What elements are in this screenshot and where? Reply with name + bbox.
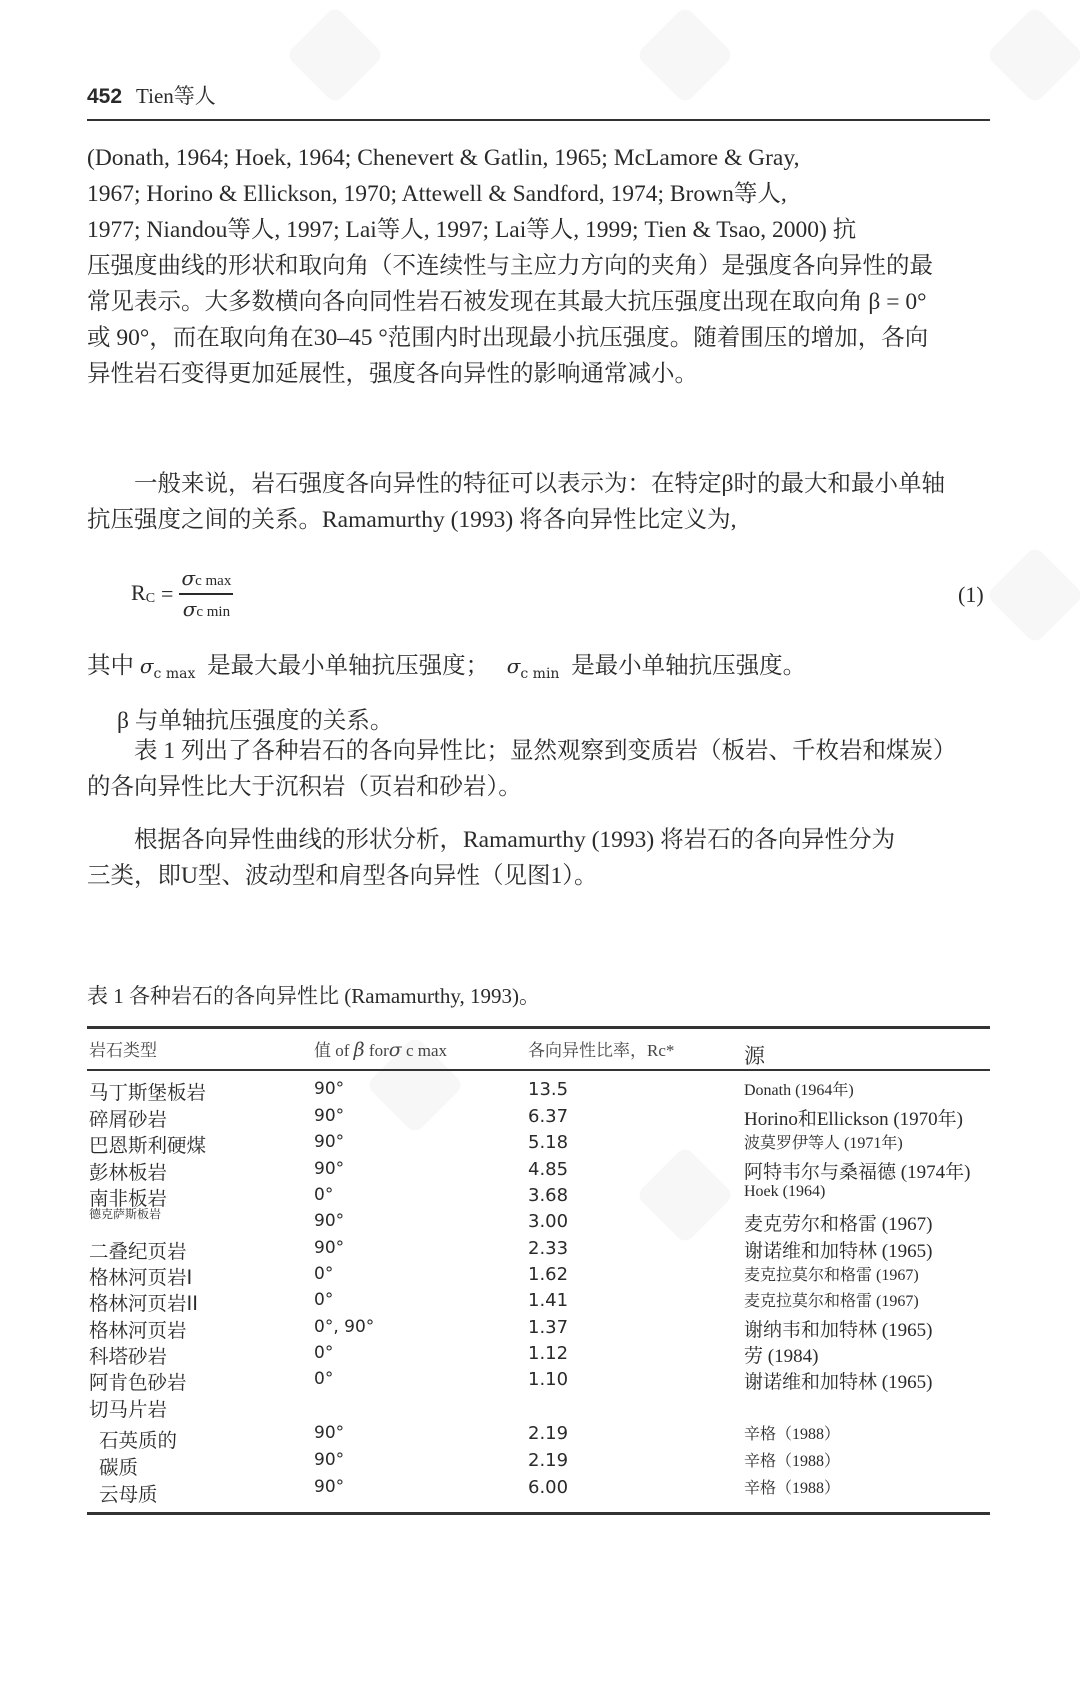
cell-ratio: 1.10 [528, 1369, 568, 1390]
sigma-symbol: σ [183, 597, 197, 621]
cell-rock-type: 阿肯色砂岩 [89, 1367, 187, 1395]
fraction-bar [179, 593, 233, 595]
column-header-ratio: 各向异性比率，Rc* [528, 1036, 674, 1061]
cell-beta: 90° [314, 1106, 344, 1126]
cell-ratio: 1.12 [528, 1343, 568, 1364]
cell-source: 劳 (1984) [744, 1341, 818, 1368]
numerator-subscript: c max [195, 573, 231, 589]
cell-ratio: 5.18 [528, 1132, 568, 1153]
cell-rock-type: 彭林板岩 [89, 1157, 167, 1185]
equation-lhs-subscript: C [146, 591, 155, 606]
cell-beta: 90° [314, 1159, 344, 1179]
cell-source: 麦克拉莫尔和格雷 (1967) [744, 1288, 919, 1311]
cell-source: Donath (1964年) [744, 1077, 854, 1100]
watermark-logo [636, 6, 735, 105]
cell-ratio: 2.19 [528, 1423, 568, 1444]
table-header-rule [87, 1069, 990, 1071]
text-line: 1967; Horino & Ellickson, 1970; Attewell… [87, 176, 992, 212]
watermark-logo [286, 6, 385, 105]
cell-ratio: 3.68 [528, 1185, 568, 1206]
text-line: 根据各向异性曲线的形状分析，Ramamurthy (1993) 将岩石的各向异性… [87, 822, 992, 858]
cell-rock-type: 二叠纪页岩 [89, 1236, 187, 1264]
cell-ratio: 1.41 [528, 1290, 568, 1311]
text-line: 表 1 列出了各种岩石的各向异性比；显然观察到变质岩（板岩、千枚岩和煤炭） [87, 733, 992, 769]
equation-lhs: RC [131, 580, 155, 607]
cell-rock-type: 石英质的 [99, 1425, 177, 1453]
text-line: 1977; Niandou等人, 1997; Lai等人, 1997; Lai等… [87, 212, 992, 248]
cell-beta: 90° [314, 1423, 344, 1443]
cell-ratio: 4.85 [528, 1159, 568, 1180]
cell-source: 波莫罗伊等人 (1971年) [744, 1130, 903, 1153]
cell-rock-type: 切马片岩 [89, 1394, 167, 1422]
text-line: (Donath, 1964; Hoek, 1964; Chenevert & G… [87, 140, 992, 176]
cell-beta: 0° [314, 1290, 333, 1310]
cell-source: 辛格（1988） [744, 1421, 840, 1444]
running-head: 452Tien等人 [87, 80, 216, 110]
fraction-numerator: σc max [179, 566, 233, 591]
running-head-authors: Tien等人 [136, 84, 216, 108]
cell-ratio: 2.33 [528, 1238, 568, 1259]
symbol-subscript: c min [520, 666, 559, 682]
cell-source: Horino和Ellickson (1970年) [744, 1104, 963, 1131]
cell-rock-type: 德克萨斯板岩 [89, 1205, 161, 1222]
definition-line: 其中 σc max 是最大最小单轴抗压强度； σc min 是最小单轴抗压强度。 [87, 646, 806, 682]
cell-beta: 0°, 90° [314, 1317, 374, 1337]
cell-rock-type: 碳质 [99, 1452, 138, 1480]
cell-beta: 90° [314, 1238, 344, 1258]
paragraph-2: 一般来说，岩石强度各向异性的特征可以表示为：在特定β时的最大和最小单轴 抗压强度… [87, 466, 992, 538]
cell-source: 辛格（1988） [744, 1475, 840, 1498]
cell-rock-type: 格林河页岩I [89, 1262, 192, 1290]
cell-beta: 90° [314, 1477, 344, 1497]
sigma-symbol: σ [507, 654, 521, 678]
cell-beta: 0° [314, 1343, 333, 1363]
header-text: c max [406, 1041, 447, 1060]
cell-beta: 90° [314, 1211, 344, 1231]
text-line: 或 90°，而在取向角在30–45 °范围内时出现最小抗压强度。随着围压的增加，… [87, 320, 992, 356]
paragraph-5: 根据各向异性曲线的形状分析，Ramamurthy (1993) 将岩石的各向异性… [87, 822, 992, 894]
cell-rock-type: 格林河页岩II [89, 1288, 198, 1316]
cell-ratio: 2.19 [528, 1450, 568, 1471]
cell-ratio: 1.62 [528, 1264, 568, 1285]
cell-source: 阿特韦尔与桑福德 (1974年) [744, 1157, 970, 1184]
cell-ratio: 1.37 [528, 1317, 568, 1338]
cell-source: 谢诺维和加特林 (1965) [744, 1367, 932, 1394]
watermark-logo [986, 546, 1080, 645]
definition-text-2: 是最小单轴抗压强度。 [571, 653, 806, 679]
text-line: 异性岩石变得更加延展性，强度各向异性的影响通常减小。 [87, 356, 992, 392]
equation-1: RC = σc max σc min [131, 566, 233, 622]
sigma-max-symbol: σc max [140, 654, 195, 678]
cell-rock-type: 碎屑砂岩 [89, 1104, 167, 1132]
cell-rock-type: 格林河页岩 [89, 1315, 187, 1343]
definition-text-1: 是最大最小单轴抗压强度； [207, 653, 489, 679]
table-top-rule [87, 1026, 990, 1029]
cell-beta: 0° [314, 1264, 333, 1284]
beta-symbol: β [354, 1039, 365, 1061]
column-header-source: 源 [744, 1040, 765, 1070]
cell-source: 麦克劳尔和格雷 (1967) [744, 1209, 932, 1236]
cell-beta: 90° [314, 1450, 344, 1470]
cell-ratio: 3.00 [528, 1211, 568, 1232]
text-line: 常见表示。大多数横向各向同性岩石被发现在其最大抗压强度出现在取向角 β = 0° [87, 284, 992, 320]
cell-beta: 90° [314, 1132, 344, 1152]
sigma-symbol: σ [181, 566, 195, 590]
cell-rock-type: 科塔砂岩 [89, 1341, 167, 1369]
equation-number: (1) [958, 582, 984, 608]
equals-sign: = [161, 581, 173, 607]
cell-rock-type: 云母质 [99, 1479, 158, 1507]
cell-beta: 0° [314, 1185, 333, 1205]
cell-beta: 0° [314, 1369, 333, 1389]
denominator-subscript: c min [196, 604, 230, 620]
cell-beta: 90° [314, 1079, 344, 1099]
text-line: 抗压强度之间的关系。Ramamurthy (1993) 将各向异性比定义为, [87, 502, 992, 538]
cell-rock-type: 巴恩斯利硬煤 [89, 1130, 206, 1158]
cell-source: Hoek (1964) [744, 1183, 825, 1201]
header-text: for [369, 1041, 389, 1060]
watermark-logo [636, 1146, 735, 1245]
sigma-symbol: σ [389, 1039, 402, 1061]
fraction-denominator: σc min [181, 597, 232, 622]
cell-ratio: 6.37 [528, 1106, 568, 1127]
column-header-rock-type: 岩石类型 [89, 1036, 157, 1061]
paragraph-1: (Donath, 1964; Hoek, 1964; Chenevert & G… [87, 140, 992, 392]
cell-rock-type: 马丁斯堡板岩 [89, 1077, 206, 1105]
cell-ratio: 13.5 [528, 1079, 568, 1100]
sigma-symbol: σ [140, 654, 154, 678]
table-caption: 表 1 各种岩石的各向异性比 (Ramamurthy, 1993)。 [87, 980, 540, 1010]
definition-prefix: 其中 [87, 653, 134, 679]
table-bottom-rule [87, 1512, 990, 1515]
header-rule [87, 119, 990, 121]
column-header-beta: 值 of β forσ c max [314, 1036, 447, 1061]
cell-source: 谢纳韦和加特林 (1965) [744, 1315, 932, 1342]
symbol-subscript: c max [154, 666, 196, 682]
fraction: σc max σc min [179, 566, 233, 622]
paragraph-4: 表 1 列出了各种岩石的各向异性比；显然观察到变质岩（板岩、千枚岩和煤炭） 的各… [87, 733, 992, 805]
watermark-logo [986, 6, 1080, 105]
text-line: 一般来说，岩石强度各向异性的特征可以表示为：在特定β时的最大和最小单轴 [87, 466, 992, 502]
sigma-min-symbol: σc min [507, 654, 560, 678]
cell-source: 辛格（1988） [744, 1448, 840, 1471]
cell-source: 谢诺维和加特林 (1965) [744, 1236, 932, 1263]
cell-ratio: 6.00 [528, 1477, 568, 1498]
cell-source: 麦克拉莫尔和格雷 (1967) [744, 1262, 919, 1285]
equation-lhs-symbol: R [131, 580, 146, 605]
page-number: 452 [87, 85, 122, 108]
text-line: 的各向异性比大于沉积岩（页岩和砂岩）。 [87, 769, 992, 805]
text-line: 压强度曲线的形状和取向角（不连续性与主应力方向的夹角）是强度各向异性的最 [87, 248, 992, 284]
header-text: 值 of [314, 1041, 349, 1060]
text-line: 三类，即U型、波动型和肩型各向异性（见图1）。 [87, 858, 992, 894]
